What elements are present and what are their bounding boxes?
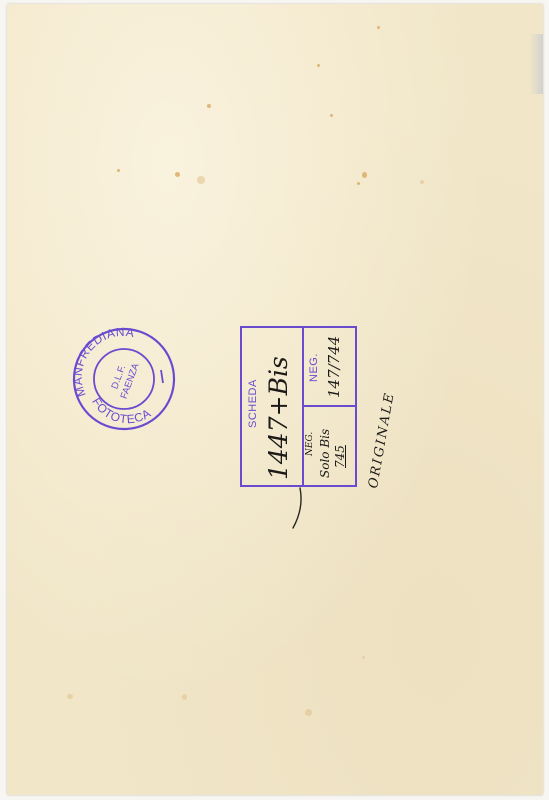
foxing-spot [420, 180, 424, 184]
neg-value: 147/744 [325, 336, 343, 398]
foxing-spot [207, 104, 211, 108]
pen-stroke-mark [288, 486, 308, 534]
foxing-spot [117, 169, 120, 172]
stamp-tick-mark [161, 370, 163, 383]
foxing-spot [377, 26, 380, 29]
paper-corner-discoloration [529, 34, 543, 94]
foxing-spot [362, 656, 365, 659]
foxing-spot [317, 64, 320, 67]
neg-label: NEG. [308, 353, 320, 382]
foxing-spot [362, 172, 367, 178]
scheda-label: SCHEDA [247, 379, 259, 428]
foxing-spot [175, 172, 180, 177]
fototeca-manfrediana-stamp: MANFREDIANA FOTOTECA D.L.F. FAENZA [70, 325, 178, 433]
neg-solo-label: NEG. [305, 432, 315, 456]
neg-solo-line2: 745 [333, 445, 347, 468]
neg-solo-line1: Solo Bis [318, 429, 332, 478]
foxing-spot [197, 176, 205, 184]
foxing-spot [357, 182, 360, 185]
record-stamp: SCHEDA 1447+Bis NEG. 147/744 NEG. Solo B… [240, 326, 357, 487]
record-stamp-divider-horizontal [302, 405, 355, 407]
foxing-spot [182, 694, 187, 700]
foxing-spot [330, 114, 333, 117]
scheda-value: 1447+Bis [264, 356, 293, 480]
foxing-spot [305, 709, 312, 716]
foxing-spot [67, 694, 73, 699]
